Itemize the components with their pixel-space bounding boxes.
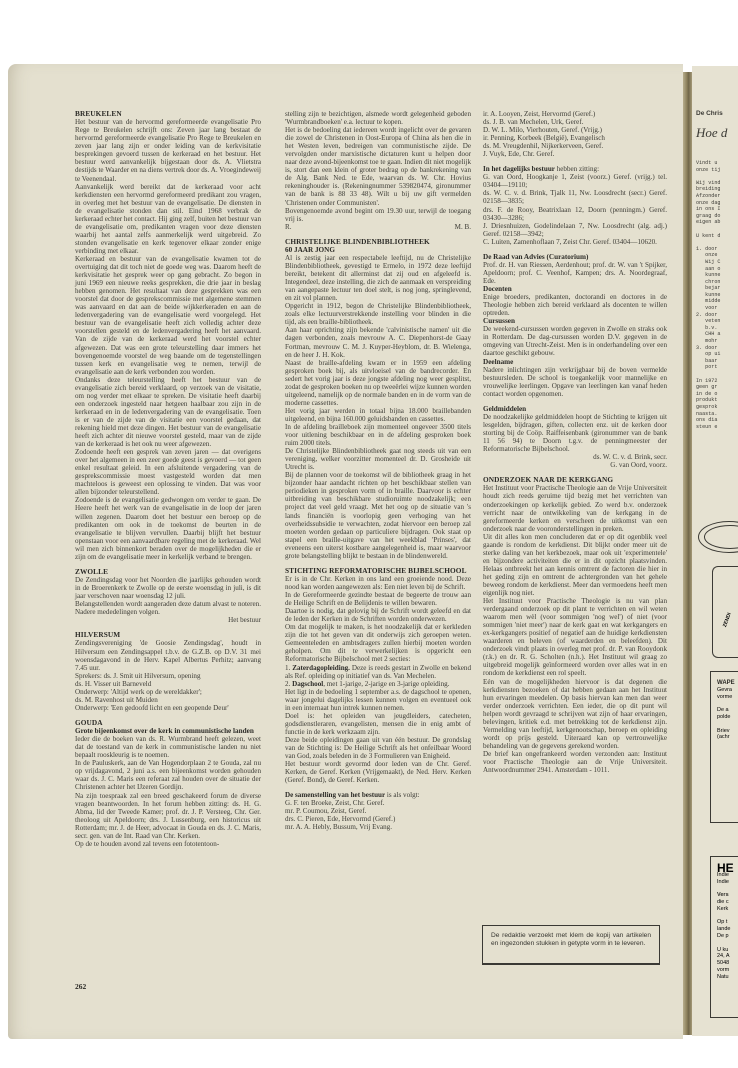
paragraph: Zendingsvereniging 'de Goosie Zendingsda… bbox=[75, 639, 261, 671]
ad-box-spacer bbox=[717, 940, 738, 947]
funds-signature: ds. W. C. v. d. Brink, secr. bbox=[483, 453, 667, 461]
typed-spacer bbox=[696, 226, 720, 233]
paragraph: Doel is: het opleiden van jeugdleiders, … bbox=[285, 712, 471, 736]
ad-box-line: U ku bbox=[717, 947, 738, 954]
typed-line: bejar bbox=[696, 285, 720, 292]
signature: Het bestuur bbox=[75, 616, 261, 624]
column-1: BREUKELENHet bestuur van de hervormd ger… bbox=[75, 110, 261, 855]
participation-text: Nadere inlichtingen zijn verkrijgbaar bi… bbox=[483, 366, 667, 398]
typed-line: Wij C bbox=[696, 259, 720, 266]
paragraph: Belangstellenden wordt aangeraden deze d… bbox=[75, 600, 261, 616]
typed-line: onze tij bbox=[696, 167, 720, 174]
daily-board-member: drs. F. de Rooy, Beatrixlaan 12, Doorn (… bbox=[483, 206, 667, 222]
typed-line: b.v. bbox=[696, 325, 720, 332]
board-intro-bold: De samenstelling van het bestuur bbox=[285, 791, 385, 799]
ad-box-heading: HE bbox=[717, 865, 738, 872]
typed-line: onze dag bbox=[696, 200, 720, 207]
article-heading: STICHTING REFORMATORISCHE BIJBELSCHOOL bbox=[285, 567, 471, 575]
participation-heading: Deelname bbox=[483, 358, 667, 366]
editorial-notice-box: De redaktie verzoekt met klem de kopij v… bbox=[482, 925, 660, 965]
paragraph: Het is de bedoeling dat iedereen wordt i… bbox=[285, 126, 471, 206]
typed-line: 3. door bbox=[696, 345, 720, 352]
paragraph: Sprekers: ds. J. Smit uit Hilversum, ope… bbox=[75, 672, 261, 680]
item-title: Zaterdagopleiding. bbox=[292, 664, 350, 672]
board-member: ir. A. Looyen, Zeist, Hervormd (Geref.) bbox=[483, 110, 667, 118]
paragraph: Daartoe is nodig, dat gelovig bij de Sch… bbox=[285, 607, 471, 623]
numbered-item: 1. Zaterdagopleiding. Deze is reeds gest… bbox=[285, 664, 471, 680]
board-member: G. F. ten Broeke, Zeist, Chr. Geref. bbox=[285, 799, 471, 807]
ad-box-line: polde bbox=[717, 714, 738, 721]
funds-text: De noodzakelijke geldmiddelen hoopt de S… bbox=[483, 413, 667, 453]
board-member: J. Vuyk, Ede, Chr. Geref. bbox=[483, 150, 667, 158]
paragraph: Ieder die de boeken van ds. R. Wurmbrand… bbox=[75, 735, 261, 759]
paragraph: Aan haar oprichting zijn bekende 'calvin… bbox=[285, 326, 471, 358]
typed-line: port bbox=[696, 364, 720, 371]
article-gouda: GOUDAGrote bijeenkomst over de kerk in c… bbox=[75, 719, 261, 848]
advisory-and-info: De Raad van Advies (Curatorium)Prof. dr.… bbox=[483, 253, 667, 398]
right-page-partial: De Chris Hoe d Vindt uonze tij Wij vindb… bbox=[692, 66, 738, 1036]
daily-board-member: G. van Oord, Hoogkanje 1, Zeist (voorz.)… bbox=[483, 173, 667, 189]
ad-box-spacer bbox=[717, 981, 738, 988]
typed-line: steun e bbox=[696, 424, 720, 431]
typed-line: op ui bbox=[696, 351, 720, 358]
typed-line: veten bbox=[696, 318, 720, 325]
paragraph: Deze beide opleidingen gaan uit van één … bbox=[285, 736, 471, 760]
article-subheading: 60 JAAR JONG bbox=[285, 246, 471, 254]
typed-line: eigen ab bbox=[696, 219, 720, 226]
article-stichting-reformatorische-bijbelschool: STICHTING REFORMATORISCHE BIJBELSCHOOLEr… bbox=[285, 567, 471, 832]
ad-box-line: (achr bbox=[717, 734, 738, 741]
paragraph: Op de te houden avond zal tevens een fot… bbox=[75, 840, 261, 848]
paragraph: Er is in de Chr. Kerken in ons land een … bbox=[285, 575, 471, 591]
typed-line: geen gr bbox=[696, 384, 720, 391]
article-onderzoek-naar-de-kerkgang: ONDERZOEK NAAR DE KERKGANGHet Instituut … bbox=[483, 476, 667, 774]
paragraph: In de Pauluskerk, aan de Van Hogendorpla… bbox=[75, 759, 261, 791]
paragraph: De Christelijke Blindenbibliotheek gaat … bbox=[285, 447, 471, 471]
teachers-heading: Docenten bbox=[483, 285, 667, 293]
typed-line: graag do bbox=[696, 213, 720, 220]
signature-right: M. B. bbox=[455, 223, 471, 231]
paragraph: Opgericht in 1912, begon de Christelijke… bbox=[285, 302, 471, 326]
typed-line: midde bbox=[696, 298, 720, 305]
ad-box-line: Briev bbox=[717, 728, 738, 735]
ad-box-content: HEIndieIndie Versdie cKerk Op tlandeDe p… bbox=[711, 857, 738, 987]
ad-box-line: 5048 bbox=[717, 960, 738, 967]
article-hilversum: HILVERSUMZendingsvereniging 'de Goosie Z… bbox=[75, 631, 261, 712]
article-continued: stelling zijn te bezichtigen, alsmede wo… bbox=[285, 110, 471, 231]
paragraph: stelling zijn te bezichtigen, alsmede wo… bbox=[285, 110, 471, 126]
right-page-typed-text: Vindt uonze tij Wij vindbreidingAfzonder… bbox=[696, 160, 720, 430]
paragraph: Eén van de mogelijkheden hiervoor is dat… bbox=[483, 678, 667, 750]
funds-signature: G. van Oord, voorz. bbox=[483, 461, 667, 469]
teachers-text: Enige broeders, predikanten, doctorandi … bbox=[483, 293, 667, 317]
right-page-title: Hoe d bbox=[696, 125, 727, 141]
paragraph: Uit dit alles kon men concluderen dat er… bbox=[483, 533, 667, 597]
typed-spacer bbox=[696, 239, 720, 246]
paragraph: Bovengenoemde avond begint om 19.30 uur,… bbox=[285, 207, 471, 223]
right-page-header: De Chris bbox=[696, 110, 723, 117]
ad-box-line: De p bbox=[717, 933, 738, 940]
daily-board: In het dagelijks bestuur hebben zitting:… bbox=[483, 165, 667, 245]
paragraph: Het ligt in de bedoeling 1 september a.s… bbox=[285, 688, 471, 712]
ad-box-spacer bbox=[717, 913, 738, 920]
ad-box-content: WAPEGevravorme De apolde Briev(achr bbox=[711, 672, 738, 748]
article-heading: GOUDA bbox=[75, 719, 261, 727]
ad-box-heading: WAPE bbox=[717, 680, 738, 687]
typed-line: onze bbox=[696, 252, 720, 259]
typed-line: CHH a bbox=[696, 331, 720, 338]
typed-line: baar bbox=[696, 358, 720, 365]
signature-left: R. bbox=[285, 223, 292, 231]
courses-text: De weekend-cursussen worden gegeven in Z… bbox=[483, 325, 667, 357]
paragraph: ds. M. Ravenhost uit Muiden bbox=[75, 696, 261, 704]
daily-board-member: ds. W. C. v. d. Brink, Tjalk 11, Nw. Loo… bbox=[483, 189, 667, 205]
typed-line: chron bbox=[696, 279, 720, 286]
ad-box-1: WAPEGevravorme De apolde Briev(achr bbox=[710, 671, 738, 823]
ad-box-line: Op t bbox=[717, 919, 738, 926]
board-member: mr. P. Coumou, Zeist, Geref. bbox=[285, 807, 471, 815]
article-heading: ZWOLLE bbox=[75, 568, 261, 576]
daily-board-member: J. Driesnhuizen, Godelindelaan 7, Nw. Lo… bbox=[483, 222, 667, 238]
ad-box-spacer bbox=[717, 721, 738, 728]
ad-box-line: lande bbox=[717, 926, 738, 933]
ad-box-line: die c bbox=[717, 899, 738, 906]
paragraph: Het bestuur van de hervormd gereformeerd… bbox=[75, 118, 261, 182]
paragraph: Al is zestig jaar een respectabele leeft… bbox=[285, 254, 471, 302]
article-heading: ONDERZOEK NAAR DE KERKGANG bbox=[483, 476, 667, 484]
paragraph: Naast de braille-afdeling kwam er in 195… bbox=[285, 359, 471, 407]
board-continued: ir. A. Looyen, Zeist, Hervormd (Geref.)d… bbox=[483, 110, 667, 158]
paragraph: Na zijn toespraak zal een breed geschake… bbox=[75, 792, 261, 840]
paragraph: Het Instituut voor Practische Theologie … bbox=[483, 484, 667, 532]
paragraph: Onderwerp: 'Altijd werk op de wereldakke… bbox=[75, 688, 261, 696]
board-member: drs. C. Pieren, Ede, Hervormd (Geref.) bbox=[285, 815, 471, 823]
paragraph: Aanvankelijk werd bereikt dat de kerkera… bbox=[75, 183, 261, 255]
typed-line: ons dia bbox=[696, 417, 720, 424]
typed-line: Wij vind bbox=[696, 180, 720, 187]
editorial-notice-text: De redaktie verzoekt met klem de kopij v… bbox=[491, 932, 651, 947]
paragraph: De brief kan ongefrankeerd worden verzon… bbox=[483, 750, 667, 774]
article-heading: BREUKELEN bbox=[75, 110, 261, 118]
daily-board-intro-bold: In het dagelijks bestuur bbox=[483, 165, 555, 173]
daily-board-member: C. Luiten, Zamenhoflaan 7, Zeist Chr. Ge… bbox=[483, 238, 667, 246]
stamp-box bbox=[712, 566, 738, 658]
ad-box-line: Kerk bbox=[717, 906, 738, 913]
typed-line: kunne bbox=[696, 292, 720, 299]
paragraph: ds. H. Visser uit Barneveld bbox=[75, 680, 261, 688]
typed-line: aan o bbox=[696, 266, 720, 273]
paragraph: Kerkeraad en bestuur van de evangelisati… bbox=[75, 255, 261, 376]
book-gutter bbox=[683, 72, 692, 1035]
typed-spacer bbox=[696, 173, 720, 180]
paragraph: Om dat mogelijk te maken, is het noodzak… bbox=[285, 623, 471, 663]
typed-line: Afzonder bbox=[696, 193, 720, 200]
ad-box-spacer bbox=[717, 885, 738, 892]
courses-heading: Cursussen bbox=[483, 317, 667, 325]
paragraph: Het vorig jaar werden in totaal bijna 18… bbox=[285, 407, 471, 423]
advisory-council-heading: De Raad van Advies (Curatorium) bbox=[483, 253, 667, 261]
signature-line: R.M. B. bbox=[285, 223, 471, 231]
typed-line: gesprok bbox=[696, 404, 720, 411]
item-title: Dagschool bbox=[292, 680, 323, 688]
article-heading: CHRISTELIJKE BLINDENBIBLIOTHEEK bbox=[285, 238, 471, 246]
article-heading: HILVERSUM bbox=[75, 631, 261, 639]
typed-line: Vindt u bbox=[696, 160, 720, 167]
article-subheading: Grote bijeenkomst over de kerk in commun… bbox=[75, 727, 261, 735]
ad-box-line: vorme bbox=[717, 694, 738, 701]
typed-line: U kent d bbox=[696, 233, 720, 240]
ad-box-line: Indie bbox=[717, 879, 738, 886]
funds-heading: Geldmiddelen bbox=[483, 405, 667, 413]
article-zwolle: ZWOLLEDe Zendingsdag voor het Noorden di… bbox=[75, 568, 261, 624]
article-breukelen: BREUKELENHet bestuur van de hervormd ger… bbox=[75, 110, 261, 561]
ad-box-line: Indie bbox=[717, 872, 738, 879]
paragraph: Zodoende is de evangelisatie gedwongen o… bbox=[75, 496, 261, 560]
paragraph: In de afdeling brailleboek zijn momentee… bbox=[285, 423, 471, 447]
ad-box-spacer bbox=[717, 741, 738, 748]
typed-line: in de o bbox=[696, 391, 720, 398]
board-member: D. W. L. Milo, Vierhouten, Geref. (Vrijg… bbox=[483, 126, 667, 134]
typed-line: voor bbox=[696, 305, 720, 312]
typed-line: In 1972 bbox=[696, 378, 720, 385]
paragraph: De Zendingsdag voor het Noorden die jaar… bbox=[75, 576, 261, 600]
numbered-item: 2. Dagschool, met 1-jarige, 2-jarige en … bbox=[285, 680, 471, 688]
typed-line: in ons I bbox=[696, 206, 720, 213]
paragraph: Onderwerp: 'Een gedoofd licht en een geo… bbox=[75, 704, 261, 712]
board-intro: De samenstelling van het bestuur is als … bbox=[285, 791, 471, 799]
typed-line: 2. door bbox=[696, 312, 720, 319]
board-member: ds. J. B. van Mechelen, Urk, Geref. bbox=[483, 118, 667, 126]
ad-box-line: Natu bbox=[717, 974, 738, 981]
board-member: mr. A. A. Hebly, Bussum, Vrij Evang. bbox=[285, 823, 471, 831]
column-2: stelling zijn te bezichtigen, alsmede wo… bbox=[285, 110, 471, 838]
typed-line: mohr bbox=[696, 338, 720, 345]
page-number: 262 bbox=[75, 982, 86, 991]
daily-board-intro: In het dagelijks bestuur hebben zitting: bbox=[483, 165, 667, 173]
paragraph: Ondanks deze teleurstelling heeft het be… bbox=[75, 376, 261, 448]
paragraph: Zodoende heeft een gesprek van zeven jar… bbox=[75, 448, 261, 496]
typed-line: naasta. bbox=[696, 411, 720, 418]
typed-line: breiding bbox=[696, 186, 720, 193]
board-member: ir. Penning, Korbeek (België), Evangelis… bbox=[483, 134, 667, 142]
paragraph: Het bestuur wordt gevormd door leden van… bbox=[285, 760, 471, 784]
advisory-council-text: Prof. dr. H. van Riessen, Aerdenhout; pr… bbox=[483, 261, 667, 285]
ad-box-2: HEIndieIndie Versdie cKerk Op tlandeDe p… bbox=[710, 856, 738, 1018]
article-christelijke-blindenbibliotheek: CHRISTELIJKE BLINDENBIBLIOTHEEK60 JAAR J… bbox=[285, 238, 471, 560]
typed-spacer bbox=[696, 371, 720, 378]
board-member: ds. M. Vreugdenhil, Nijkerkerveen, Geref… bbox=[483, 142, 667, 150]
paragraph: Het Instituut voor Practische Theologie … bbox=[483, 597, 667, 677]
funds: GeldmiddelenDe noodzakelijke geldmiddele… bbox=[483, 405, 667, 469]
ad-box-line: 24, A bbox=[717, 953, 738, 960]
typed-line: 1. door bbox=[696, 246, 720, 253]
typed-line: kunne bbox=[696, 272, 720, 279]
ad-box-line: De a bbox=[717, 707, 738, 714]
paragraph: In de Gereformeerde gezindte bestaat de … bbox=[285, 591, 471, 607]
typed-line: produkt bbox=[696, 397, 720, 404]
ad-box-line: Gevra bbox=[717, 687, 738, 694]
paragraph: Bij de plannen voor de toekomst wil de b… bbox=[285, 471, 471, 560]
ad-box-bold: Vers bbox=[717, 892, 738, 899]
ad-box-line: vorm bbox=[717, 967, 738, 974]
column-3: ir. A. Looyen, Zeist, Hervormd (Geref.)d… bbox=[483, 110, 667, 781]
ad-box-spacer bbox=[717, 700, 738, 707]
